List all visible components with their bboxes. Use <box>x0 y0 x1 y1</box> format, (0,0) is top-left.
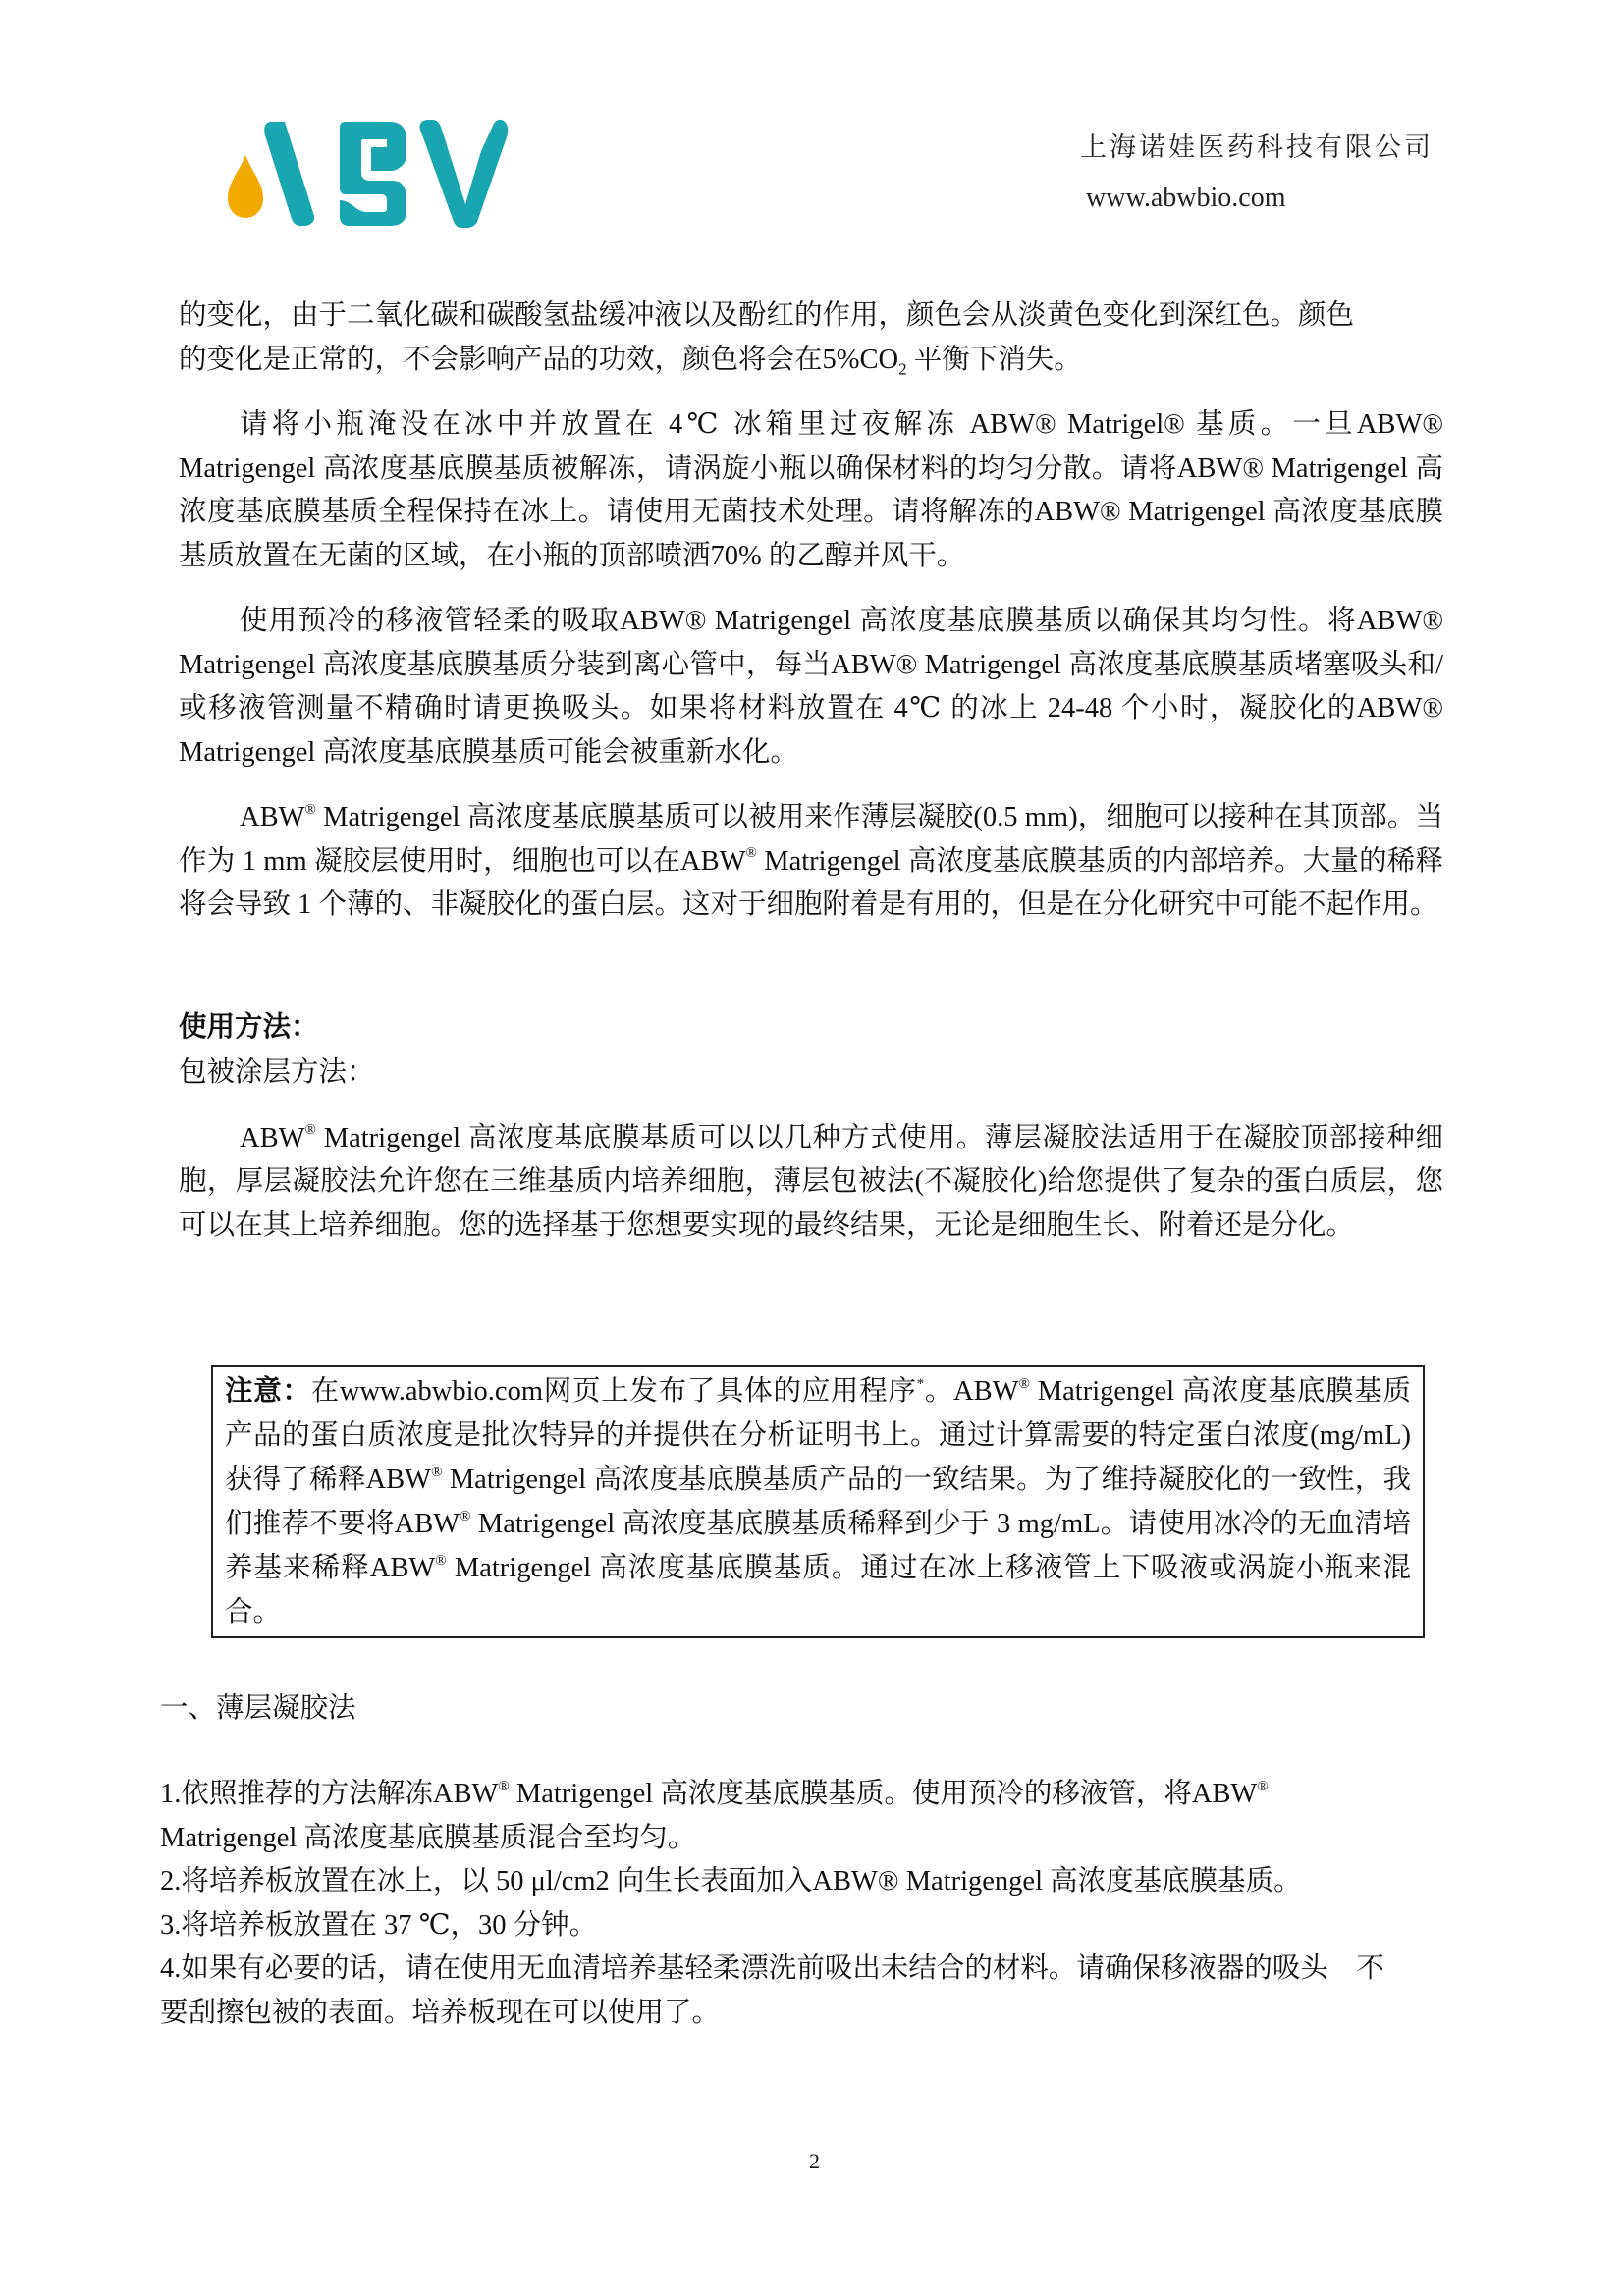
step-4: 4.如果有必要的话，请在使用无血清培养基轻柔漂洗前吸出未结合的材料。请确保移液器… <box>160 1948 1446 2035</box>
step-1: 1.依照推荐的方法解冻ABW® Matrigengel 高浓度基底膜基质。使用预… <box>160 1773 1446 1860</box>
paragraph-usage-methods: ABW® Matrigengel 高浓度基底膜基质可以以几种方式使用。薄层凝胶法… <box>179 1117 1443 1249</box>
note-label: 注意： <box>225 1376 311 1407</box>
step-2: 2.将培养板放置在冰上，以 50 μl/cm2 向生长表面加入ABW® Matr… <box>160 1860 1446 1904</box>
abw-logo-icon <box>224 116 509 232</box>
note-box: 注意：在www.abwbio.com网页上发布了具体的应用程序*。ABW® Ma… <box>211 1365 1425 1638</box>
paragraph-pipetting: 使用预冷的移液管轻柔的吸取ABW® Matrigengel 高浓度基底膜基质以确… <box>179 600 1443 774</box>
usage-heading: 使用方法： <box>179 1006 1443 1050</box>
company-website: www.abwbio.com <box>1086 183 1285 214</box>
abw-logo <box>224 116 509 232</box>
paragraph-thin-gel: ABW® Matrigengel 高浓度基底膜基质可以被用来作薄层凝胶(0.5 … <box>179 796 1443 928</box>
paragraph-thawing: 请将小瓶淹没在冰中并放置在 4℃ 冰箱里过夜解冻 ABW® Matrigel® … <box>179 403 1443 578</box>
page-number: 2 <box>809 2149 820 2174</box>
company-name: 上海诺娃医药科技有限公司 <box>1080 126 1434 164</box>
note-text: 注意：在www.abwbio.com网页上发布了具体的应用程序*。ABW® Ma… <box>225 1369 1411 1634</box>
step-3: 3.将培养板放置在 37 ℃，30 分钟。 <box>160 1904 1446 1949</box>
paragraph-color-change: 的变化，由于二氧化碳和碳酸氢盐缓冲液以及酚红的作用，颜色会从淡黄色变化到深红色。… <box>179 294 1443 382</box>
document-body: 的变化，由于二氧化碳和碳酸氢盐缓冲液以及酚红的作用，颜色会从淡黄色变化到深红色。… <box>179 294 1443 1248</box>
thin-gel-steps: 1.依照推荐的方法解冻ABW® Matrigengel 高浓度基底膜基质。使用预… <box>160 1773 1446 2035</box>
coating-heading: 包被涂层方法： <box>179 1051 1443 1095</box>
thin-gel-section-title: 一、薄层凝胶法 <box>160 1685 356 1726</box>
